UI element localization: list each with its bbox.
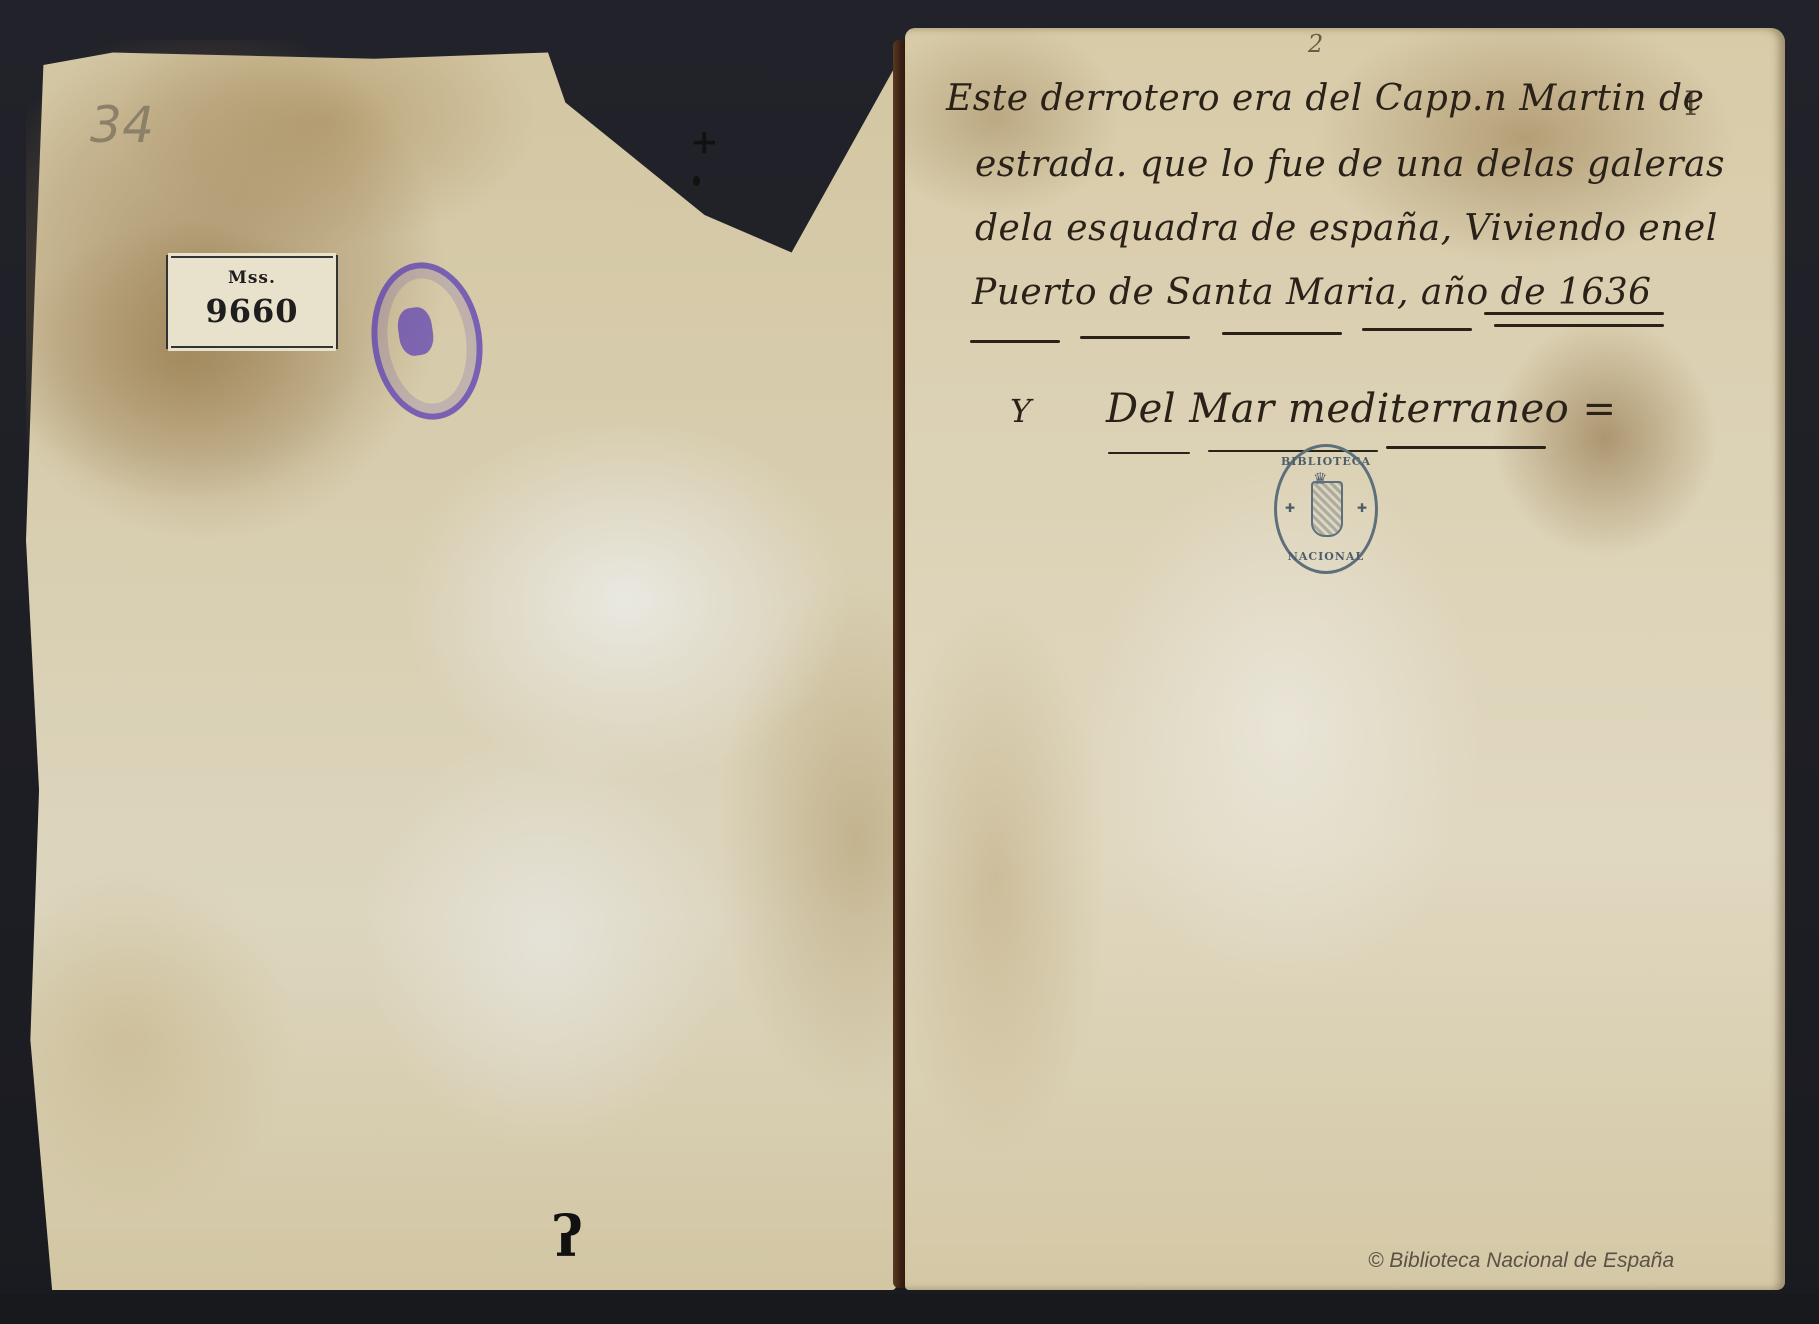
- cross-icon: ✚: [1357, 501, 1367, 515]
- stamp-bottom-text: NACIONAL: [1277, 550, 1375, 563]
- decorative-rule: [1222, 332, 1342, 335]
- underline: [1484, 312, 1664, 315]
- shelfmark-label: Mss. 9660: [171, 256, 333, 348]
- subtitle-rule: [1386, 446, 1546, 449]
- coat-of-arms-icon: [1311, 481, 1343, 537]
- decorative-rule: [1080, 336, 1190, 339]
- decorative-rule: [1362, 328, 1472, 331]
- cross-mark: +: [690, 122, 719, 162]
- bottom-ink-mark: ʔ: [552, 1204, 583, 1270]
- ink-dot: [693, 176, 700, 186]
- top-pencil-mark: 2: [1308, 30, 1324, 58]
- subtitle-marker: Y: [1010, 392, 1032, 430]
- shelfmark-title: Mss.: [171, 268, 333, 288]
- subtitle-rule: [1208, 450, 1378, 452]
- stamp-top-text: BIBLIOTECA: [1277, 455, 1375, 468]
- manuscript-line-1: Este derrotero era del Capp.n Martin de: [946, 78, 1704, 119]
- manuscript-subtitle: Del Mar mediterraneo =: [1106, 386, 1616, 432]
- manuscript-line-3: dela esquadra de españa, Viviendo enel: [975, 208, 1718, 249]
- shelfmark-number: 9660: [171, 292, 333, 330]
- decorative-rule: [970, 340, 1060, 343]
- scan-bottom-edge: [0, 1294, 1819, 1324]
- cross-icon: ✚: [1285, 501, 1295, 515]
- subtitle-rule: [1108, 452, 1190, 454]
- manuscript-line-4: Puerto de Santa Maria, año de 1636: [972, 272, 1652, 313]
- copyright-notice: © Biblioteca Nacional de España: [1368, 1249, 1674, 1273]
- decorative-rule: [1494, 324, 1664, 327]
- pencil-page-number: 34: [90, 96, 155, 154]
- biblioteca-nacional-stamp: BIBLIOTECA ♛ ✚ ✚ NACIONAL: [1274, 444, 1378, 574]
- manuscript-line-2: estrada. que lo fue de una delas galeras: [975, 144, 1725, 185]
